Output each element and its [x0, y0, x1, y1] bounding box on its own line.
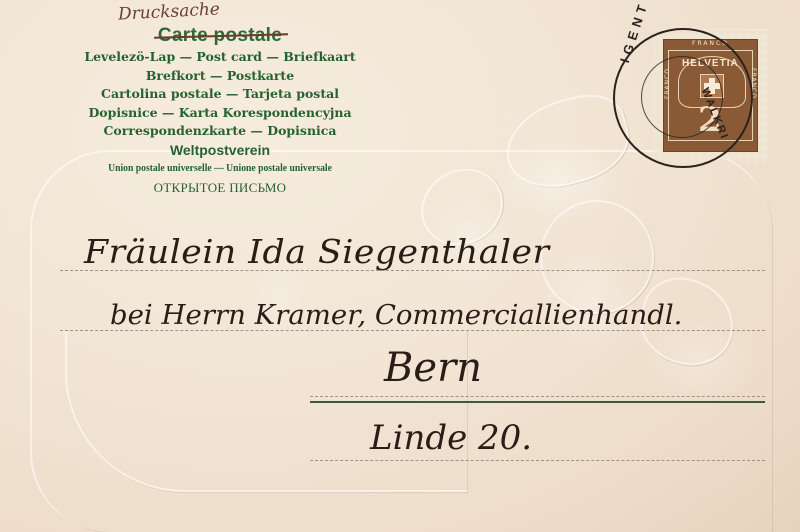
- address-care-of: bei Herrn Kramer, Commerciallienhandl.: [110, 300, 682, 331]
- language-line: Dopisnice — Karta Korespondencyjna: [40, 104, 400, 123]
- language-line: Cartolina postale — Tarjeta postal: [40, 85, 400, 104]
- card-title: Carte postale: [158, 24, 282, 48]
- language-line: Correspondenzkarte — Dopisnica: [40, 122, 400, 141]
- union-title: Weltpostverein: [40, 141, 400, 160]
- embossed-frame: [30, 150, 772, 532]
- language-line: Brefkort — Postkarte: [40, 67, 400, 86]
- stamp-face: FRANCO FRANCO FRANCO HELVETIA 2: [663, 39, 758, 152]
- city-underline: [310, 401, 765, 403]
- embossed-flower-petal: [496, 85, 638, 198]
- stamp-country: HELVETIA: [682, 58, 739, 69]
- address-rule: [310, 460, 765, 461]
- language-line: Levelezö-Lap — Post card — Briefkaart: [40, 48, 400, 67]
- swiss-cross-icon: [700, 74, 724, 98]
- stamp-franco-top: FRANCO: [664, 40, 757, 47]
- handwritten-annotation: Drucksache: [118, 0, 221, 25]
- union-subtitle: Union postale universelle — Unione posta…: [54, 160, 385, 178]
- address-street: Linde 20.: [370, 418, 532, 458]
- printed-header: Carte postale Levelezö-Lap — Post card —…: [40, 24, 400, 198]
- embossed-flower-petal: [540, 200, 654, 314]
- postcard: Drucksache Carte postale Levelezö-Lap — …: [0, 0, 800, 532]
- address-rule: [60, 330, 765, 331]
- address-recipient: Fräulein Ida Siegenthaler: [84, 232, 550, 271]
- stamp-franco-right: FRANCO: [750, 68, 757, 99]
- address-rule: [60, 270, 765, 271]
- stamp-value: 2: [698, 100, 722, 140]
- address-city: Bern: [384, 345, 482, 391]
- russian-title: ОТКРЫТОЕ ПИСЬМО: [40, 178, 400, 198]
- stamp-franco-left: FRANCO: [664, 68, 671, 99]
- address-rule: [310, 396, 765, 397]
- postage-stamp: FRANCO FRANCO FRANCO HELVETIA 2: [657, 33, 764, 158]
- postmark-left-text: IGENT: [617, 0, 651, 65]
